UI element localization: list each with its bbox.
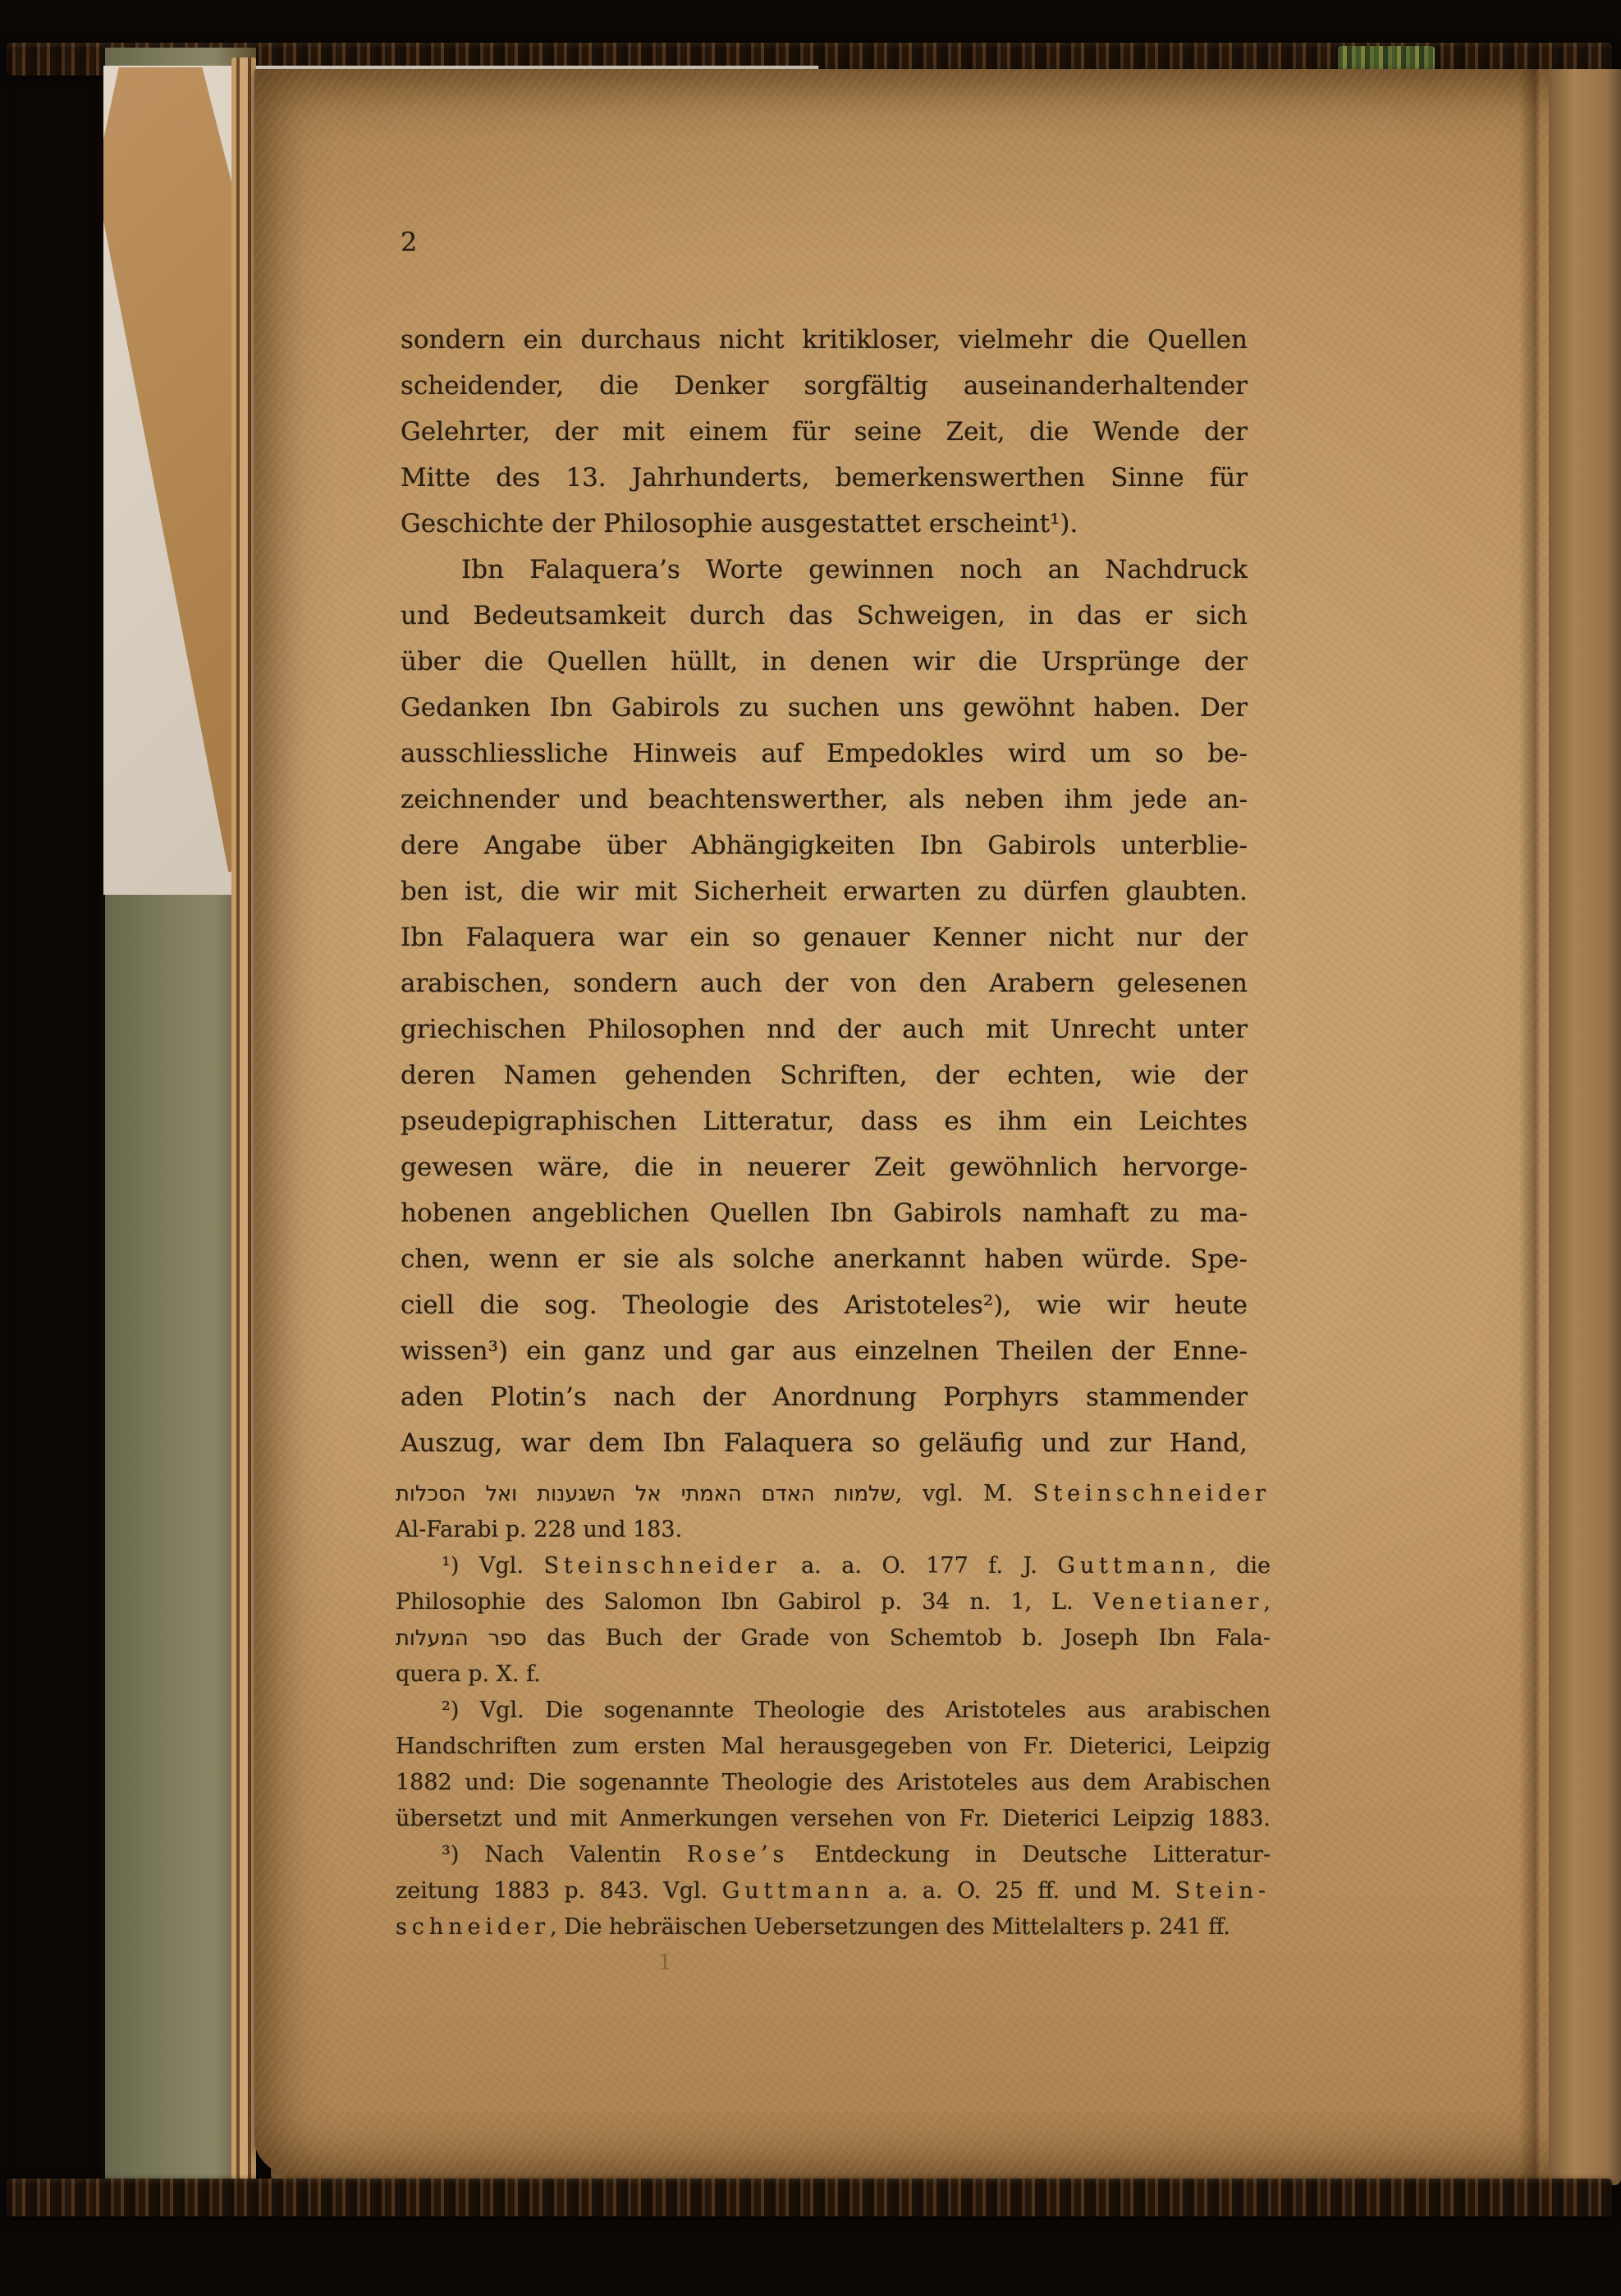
text-segment: sondern ein durchaus nicht kritikloser, … bbox=[401, 325, 1248, 355]
text-line: Auszug, war dem Ibn Falaquera so geläufi… bbox=[401, 1420, 1248, 1466]
text-line: Geschichte der Philosophie ausgestattet … bbox=[401, 501, 1248, 547]
page-number: 2 bbox=[401, 227, 418, 258]
text-line: Handschriften zum ersten Mal herausgegeb… bbox=[396, 1729, 1271, 1765]
hebrew-phrase: שלמות האדם האמתי אל השגענות ואל הסכלות bbox=[396, 1482, 895, 1506]
text-segment: ¹) Vgl. bbox=[442, 1553, 543, 1579]
text-segment: zeichnender und beachtenswerther, als ne… bbox=[401, 785, 1248, 814]
text-segment: Rose’s bbox=[687, 1842, 790, 1868]
text-segment: Entdeckung in Deutsche Litteratur- bbox=[789, 1842, 1271, 1868]
text-segment: Ibn Falaquera war ein so genauer Kenner … bbox=[401, 923, 1248, 952]
text-segment: arabischen, sondern auch der von den Ara… bbox=[401, 969, 1248, 998]
text-line: ²) Vgl. Die sogenannte Theologie des Ari… bbox=[396, 1693, 1271, 1729]
text-line: 1882 und: Die sogenannte Theologie des A… bbox=[396, 1765, 1271, 1801]
text-segment: Ibn Falaquera’s Worte gewinnen noch an N… bbox=[461, 555, 1248, 584]
hebrew-phrase: ספר המעלות bbox=[396, 1626, 527, 1651]
text-line: Al-Farabi p. 228 und 183. bbox=[396, 1512, 1271, 1548]
text-segment: das Buch der Grade von Schemtob b. Josep… bbox=[527, 1625, 1271, 1651]
text-line: pseudepigraphischen Litteratur, dass es … bbox=[401, 1098, 1248, 1144]
book-scan: { "palette":{ "background":"#0a0705", "b… bbox=[0, 0, 1621, 2296]
text-line: dere Angabe über Abhängigkeiten Ibn Gabi… bbox=[401, 823, 1248, 868]
text-line: zeitung 1883 p. 843. Vgl. Guttmann a. a.… bbox=[396, 1873, 1271, 1909]
text-line: Gedanken Ibn Gabirols zu suchen uns gewö… bbox=[401, 685, 1248, 731]
text-segment: , vgl. M. bbox=[895, 1481, 1033, 1506]
text-line: ciell die sog. Theologie des Aristoteles… bbox=[401, 1282, 1248, 1328]
text-segment: griechischen Philosophen nnd der auch mi… bbox=[401, 1015, 1248, 1044]
text-line: Ibn Falaquera’s Worte gewinnen noch an N… bbox=[401, 547, 1248, 593]
text-segment: Geschichte der Philosophie ausgestattet … bbox=[401, 509, 1078, 538]
text-segment: übersetzt und mit Anmerkungen versehen v… bbox=[396, 1806, 1271, 1831]
page-crease bbox=[1519, 69, 1549, 2185]
text-segment: Gelehrter, der mit einem für seine Zeit,… bbox=[401, 417, 1248, 447]
text-line: übersetzt und mit Anmerkungen versehen v… bbox=[396, 1801, 1271, 1837]
text-line: ספר המעלות das Buch der Grade von Schemt… bbox=[396, 1620, 1271, 1657]
book-page: 2 sondern ein durchaus nicht kritikloser… bbox=[254, 69, 1621, 2185]
text-line: Philosophie des Salomon Ibn Gabirol p. 3… bbox=[396, 1584, 1271, 1620]
text-line: Mitte des 13. Jahrhunderts, bemerkenswer… bbox=[401, 455, 1248, 501]
text-line: hobenen angeblichen Quellen Ibn Gabirols… bbox=[401, 1190, 1248, 1236]
text-segment: und Bedeutsamkeit durch das Schweigen, i… bbox=[401, 601, 1248, 630]
text-line: ³) Nach Valentin Rose’s Entdeckung in De… bbox=[396, 1837, 1271, 1873]
text-segment: pseudepigraphischen Litteratur, dass es … bbox=[401, 1107, 1248, 1136]
text-segment: Guttmann bbox=[1057, 1553, 1209, 1579]
text-line: aden Plotin’s nach der Anordnung Porphyr… bbox=[401, 1374, 1248, 1420]
text-line: und Bedeutsamkeit durch das Schweigen, i… bbox=[401, 593, 1248, 639]
text-segment: hobenen angeblichen Quellen Ibn Gabirols… bbox=[401, 1198, 1248, 1228]
text-segment: Venetianer bbox=[1093, 1589, 1264, 1615]
text-segment: a. a. O. 177 f. J. bbox=[781, 1553, 1058, 1579]
stacked-page-edges bbox=[231, 57, 256, 2192]
text-segment: zeitung 1883 p. 843. Vgl. bbox=[396, 1878, 722, 1904]
text-segment: quera p. X. f. bbox=[396, 1661, 541, 1687]
text-segment: aden Plotin’s nach der Anordnung Porphyr… bbox=[401, 1382, 1248, 1412]
text-line: schneider, Die hebräischen Uebersetzunge… bbox=[396, 1909, 1271, 1945]
text-segment: gewesen wäre, die in neuerer Zeit gewöhn… bbox=[401, 1153, 1248, 1182]
text-line: gewesen wäre, die in neuerer Zeit gewöhn… bbox=[401, 1144, 1248, 1190]
text-segment: Stein- bbox=[1175, 1878, 1271, 1904]
text-line: Ibn Falaquera war ein so genauer Kenner … bbox=[401, 914, 1248, 960]
text-segment: wissen³) ein ganz und gar aus einzelnen … bbox=[401, 1336, 1248, 1366]
cover-cloth-strip bbox=[10, 48, 108, 2215]
text-segment: , die bbox=[1209, 1553, 1271, 1579]
text-segment: schneider bbox=[396, 1914, 550, 1940]
text-line: über die Quellen hüllt, in denen wir die… bbox=[401, 639, 1248, 685]
text-line: wissen³) ein ganz und gar aus einzelnen … bbox=[401, 1328, 1248, 1374]
bleedthrough-mark: 1 bbox=[658, 1950, 672, 1975]
text-segment: ²) Vgl. Die sogenannte Theologie des Ari… bbox=[442, 1698, 1271, 1723]
text-line: ¹) Vgl. Steinschneider a. a. O. 177 f. J… bbox=[396, 1548, 1271, 1584]
text-line: scheidender, die Denker sorgfältig ausei… bbox=[401, 363, 1248, 409]
text-line: arabischen, sondern auch der von den Ara… bbox=[401, 960, 1248, 1006]
text-segment: ³) Nach Valentin bbox=[442, 1842, 687, 1868]
text-segment: Mitte des 13. Jahrhunderts, bemerkenswer… bbox=[401, 463, 1248, 493]
text-segment: 1882 und: Die sogenannte Theologie des A… bbox=[396, 1770, 1271, 1795]
text-segment: dere Angabe über Abhängigkeiten Ibn Gabi… bbox=[401, 831, 1248, 860]
text-line: שלמות האדם האמתי אל השגענות ואל הסכלות, … bbox=[396, 1476, 1271, 1512]
text-segment: Steinschneider bbox=[543, 1553, 781, 1579]
adjacent-page-edge bbox=[1549, 69, 1621, 2185]
text-line: ausschliessliche Hinweis auf Empedokles … bbox=[401, 731, 1248, 777]
text-line: sondern ein durchaus nicht kritikloser, … bbox=[401, 317, 1248, 363]
text-segment: ciell die sog. Theologie des Aristoteles… bbox=[401, 1290, 1248, 1320]
text-segment: chen, wenn er sie als solche anerkannt h… bbox=[401, 1244, 1248, 1274]
text-segment: Guttmann bbox=[722, 1878, 874, 1904]
text-segment: Steinschneider bbox=[1033, 1481, 1271, 1506]
text-segment: ausschliessliche Hinweis auf Empedokles … bbox=[401, 739, 1248, 768]
main-text-block: sondern ein durchaus nicht kritikloser, … bbox=[401, 317, 1248, 1466]
text-line: ben ist, die wir mit Sicherheit erwarten… bbox=[401, 868, 1248, 914]
text-line: deren Namen gehenden Schriften, der echt… bbox=[401, 1052, 1248, 1098]
text-segment: ben ist, die wir mit Sicherheit erwarten… bbox=[401, 877, 1248, 906]
text-segment: deren Namen gehenden Schriften, der echt… bbox=[401, 1061, 1248, 1090]
text-segment: Philosophie des Salomon Ibn Gabirol p. 3… bbox=[396, 1589, 1093, 1615]
text-segment: scheidender, die Denker sorgfältig ausei… bbox=[401, 371, 1248, 401]
text-line: chen, wenn er sie als solche anerkannt h… bbox=[401, 1236, 1248, 1282]
text-line: griechischen Philosophen nnd der auch mi… bbox=[401, 1006, 1248, 1052]
binding-tailband bbox=[7, 2179, 1612, 2216]
text-segment: Al-Farabi p. 228 und 183. bbox=[396, 1517, 682, 1542]
text-line: Gelehrter, der mit einem für seine Zeit,… bbox=[401, 409, 1248, 455]
text-segment: Handschriften zum ersten Mal herausgegeb… bbox=[396, 1734, 1271, 1759]
text-line: zeichnender und beachtenswerther, als ne… bbox=[401, 777, 1248, 823]
text-segment: , Die hebräischen Uebersetzungen des Mit… bbox=[550, 1914, 1230, 1940]
text-segment: a. a. O. 25 ff. und M. bbox=[873, 1878, 1175, 1904]
text-segment: Gedanken Ibn Gabirols zu suchen uns gewö… bbox=[401, 693, 1248, 722]
text-segment: über die Quellen hüllt, in denen wir die… bbox=[401, 647, 1248, 676]
text-segment: Auszug, war dem Ibn Falaquera so geläufi… bbox=[401, 1428, 1248, 1458]
text-segment: , bbox=[1263, 1589, 1271, 1615]
footnotes-block: שלמות האדם האמתי אל השגענות ואל הסכלות, … bbox=[396, 1476, 1271, 1945]
text-line: quera p. X. f. bbox=[396, 1657, 1271, 1693]
